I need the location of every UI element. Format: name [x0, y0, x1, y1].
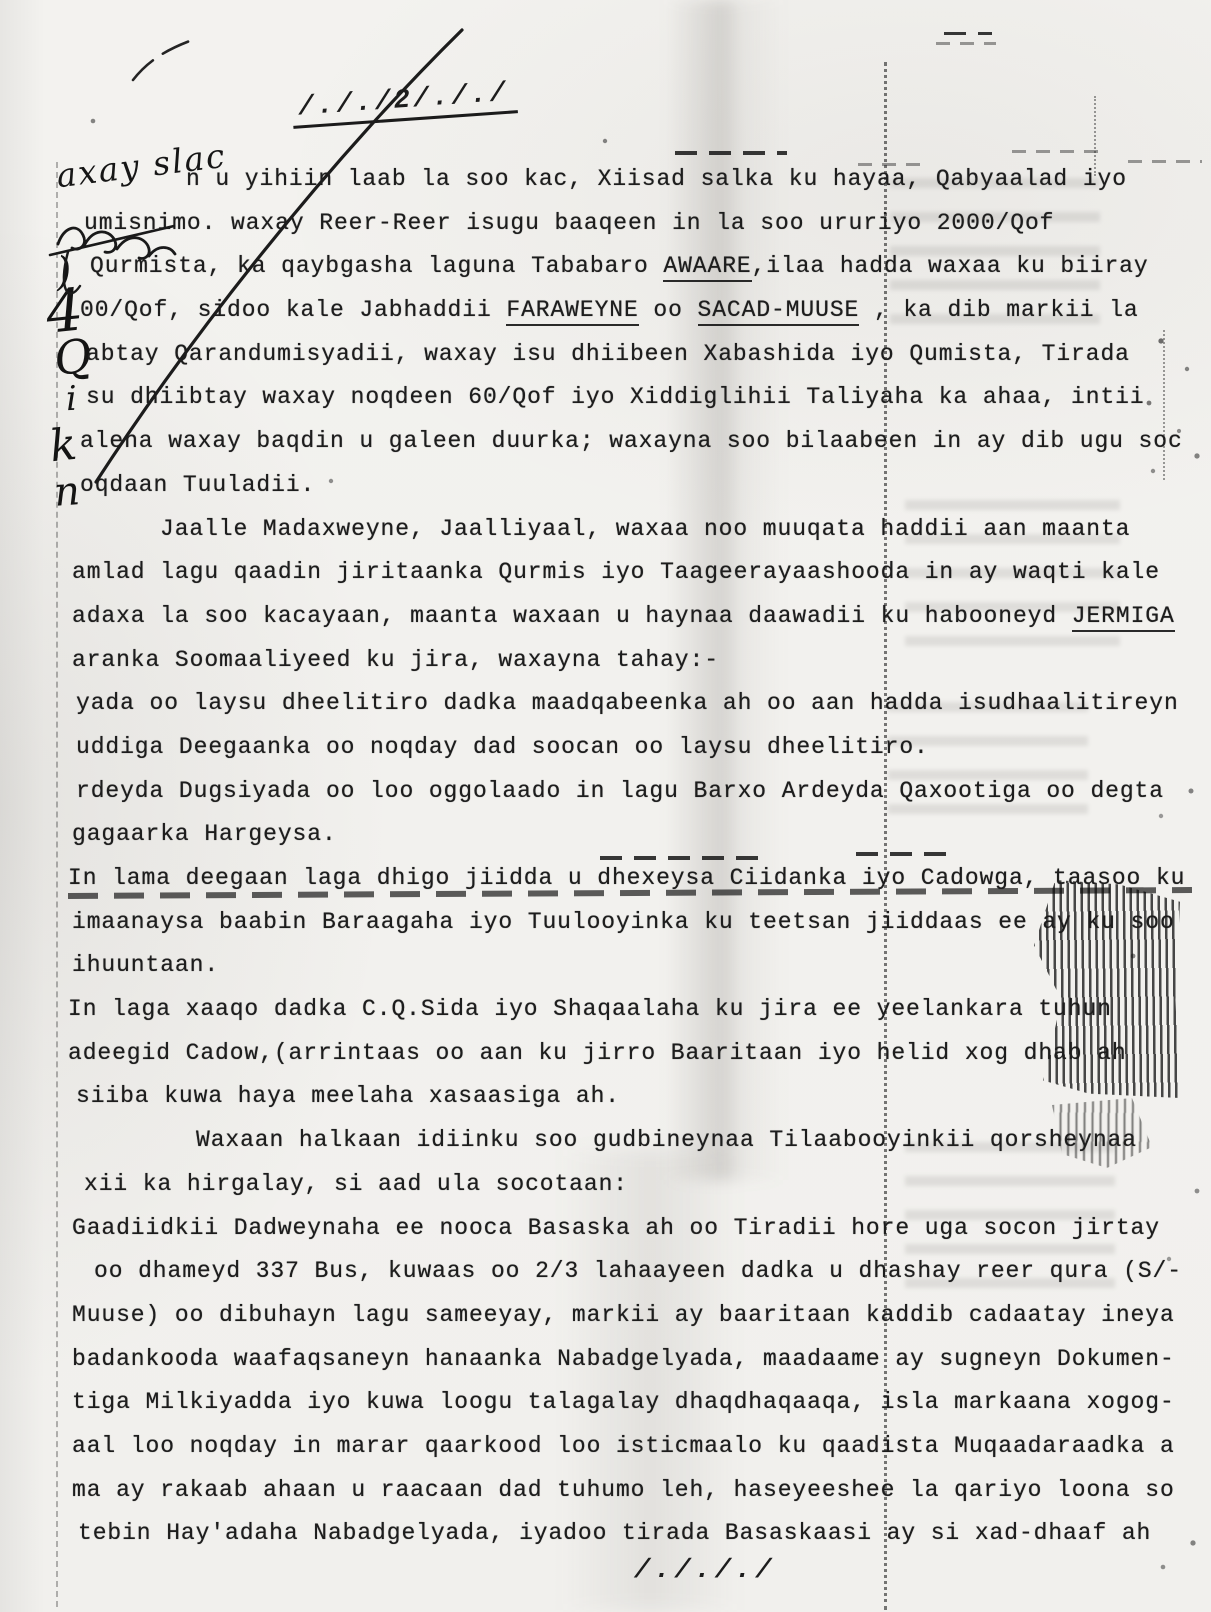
typewritten-line: Gaadiidkii Dadweynaha ee nooca Basaska a… [66, 1207, 1196, 1251]
scan-noise-speckles [0, 0, 2, 2]
typewritten-line: adeegid Cadow,(arrintaas oo aan ku jirro… [66, 1032, 1196, 1076]
typewritten-line: amlad lagu qaadin jiritaanka Qurmis iyo … [66, 551, 1196, 595]
text-segment: rdeyda Dugsiyada oo loo oggolaado in lag… [76, 778, 1164, 804]
text-segment: In lama deegaan laga dhigo jiidda u dhex… [68, 865, 1185, 891]
text-segment: alena waxay baqdin u galeen duurka; waxa… [80, 428, 1183, 454]
text-segment: tebin Hay'adaha Nabadgelyada, iyadoo tir… [78, 1520, 1151, 1546]
pen-tick [133, 38, 198, 80]
text-segment: ,ilaa hadda waxaa ku biiray [752, 253, 1149, 279]
typewritten-line: siiba kuwa haya meelaha xasaasiga ah. [66, 1075, 1196, 1119]
text-segment: su dhiibtay waxay noqdeen 60/Qof iyo Xid… [86, 384, 1145, 410]
text-segment: oqdaan Tuuladii. [80, 472, 315, 498]
typewritten-line: Jaalle Madaxweyne, Jaalliyaal, waxaa noo… [66, 508, 1196, 552]
text-segment: Jaalle Madaxweyne, Jaalliyaal, waxaa noo… [160, 516, 1130, 542]
text-segment: aal loo noqday in marar qaarkood loo ist… [72, 1433, 1175, 1459]
text-segment: In laga xaaqo dadka C.Q.Sida iyo Shaqaal… [68, 996, 1112, 1022]
text-segment: oo dhameyd 337 Bus, kuwaas oo 2/3 lahaay… [94, 1258, 1182, 1284]
typewritten-line: xii ka hirgalay, si aad ula socotaan: [66, 1163, 1196, 1207]
typewritten-body: n u yihiin laab la soo kac, Xiisad salka… [66, 158, 1196, 1556]
typewritten-line: uddiga Deegaanka oo noqday dad soocan oo… [66, 726, 1196, 770]
scanned-document-page: /././2/././ axay slac )4Qikn n u yihiin … [0, 0, 1211, 1612]
text-segment: Muuse) oo dibuhayn lagu sameeyay, markii… [72, 1302, 1175, 1328]
text-segment: ma ay rakaab ahaan u raacaan dad tuhumo … [72, 1477, 1175, 1503]
underlined-text: SACAD-MUUSE [698, 297, 860, 326]
typewritten-line: oqdaan Tuuladii. [66, 464, 1196, 508]
typewritten-line: yada oo laysu dheelitiro dadka maadqabee… [66, 682, 1196, 726]
text-segment: n u yihiin laab la soo kac, Xiisad salka… [186, 166, 1127, 192]
top-right-dashes [944, 32, 992, 35]
typewritten-line: badankooda waafaqsaneyn hanaanka Nabadge… [66, 1338, 1196, 1382]
typewritten-line: aranka Soomaaliyeed ku jira, waxayna tah… [66, 639, 1196, 683]
text-segment: aranka Soomaaliyeed ku jira, waxayna tah… [72, 647, 719, 673]
typewritten-line: gagaarka Hargeysa. [66, 813, 1196, 857]
typewritten-line: su dhiibtay waxay noqdeen 60/Qof iyo Xid… [66, 376, 1196, 420]
typewritten-line: Muuse) oo dibuhayn lagu sameeyay, markii… [66, 1294, 1196, 1338]
page-number-marker: /././2/././ [291, 78, 518, 129]
typewritten-line: umisnimo. waxay Reer-Reer isugu baaqeen … [66, 202, 1196, 246]
typewritten-line: aal loo noqday in marar qaarkood loo ist… [66, 1425, 1196, 1469]
typewritten-line: 00/Qof, sidoo kale Jabhaddii FARAWEYNE o… [66, 289, 1196, 333]
text-segment: badankooda waafaqsaneyn hanaanka Nabadge… [72, 1346, 1175, 1372]
text-segment: imaanaysa baabin Baraagaha iyo Tuulooyin… [72, 909, 1175, 935]
text-segment: siiba kuwa haya meelaha xasaasiga ah. [76, 1083, 620, 1109]
typewritten-line: Qurmista, ka qaybgasha laguna Tababaro A… [66, 245, 1196, 289]
typewritten-line: In laga xaaqo dadka C.Q.Sida iyo Shaqaal… [66, 988, 1196, 1032]
text-segment: adaxa la soo kacayaan, maanta waxaan u h… [72, 603, 1072, 629]
typewritten-line: tiga Milkiyadda iyo kuwa loogu talagalay… [66, 1381, 1196, 1425]
typewritten-line: adaxa la soo kacayaan, maanta waxaan u h… [66, 595, 1196, 639]
text-segment: gagaarka Hargeysa. [72, 821, 337, 847]
text-segment: uddiga Deegaanka oo noqday dad soocan oo… [76, 734, 929, 760]
typewritten-line: tebin Hay'adaha Nabadgelyada, iyadoo tir… [66, 1512, 1196, 1556]
overstrike-dashes [675, 151, 787, 155]
underlined-text: AWAARE [663, 253, 751, 282]
underlined-text: JERMIGA [1072, 603, 1175, 632]
typewritten-line: In lama deegaan laga dhigo jiidda u dhex… [66, 857, 1196, 901]
typewritten-line: Waxaan halkaan idiinku soo gudbineynaa T… [66, 1119, 1196, 1163]
text-segment: Qurmista, ka qaybgasha laguna Tababaro [90, 253, 663, 279]
typewritten-line: n u yihiin laab la soo kac, Xiisad salka… [66, 158, 1196, 202]
text-segment: amlad lagu qaadin jiritaanka Qurmis iyo … [72, 559, 1160, 585]
text-segment: oo [639, 297, 698, 323]
text-segment: umisnimo. waxay Reer-Reer isugu baaqeen … [84, 210, 1054, 236]
text-segment: abtay Qarandumisyadii, waxay isu dhiibee… [86, 341, 1130, 367]
text-segment: Waxaan halkaan idiinku soo gudbineynaa T… [196, 1127, 1137, 1153]
underlined-text: FARAWEYNE [506, 297, 638, 326]
typewritten-line: alena waxay baqdin u galeen duurka; waxa… [66, 420, 1196, 464]
overstrike-dashes [1012, 150, 1098, 153]
typewritten-line: imaanaysa baabin Baraagaha iyo Tuulooyin… [66, 901, 1196, 945]
text-segment: xii ka hirgalay, si aad ula socotaan: [84, 1171, 628, 1197]
text-segment: tiga Milkiyadda iyo kuwa loogu talagalay… [72, 1389, 1175, 1415]
typewritten-line: ma ay rakaab ahaan u raacaan dad tuhumo … [66, 1469, 1196, 1513]
typewritten-line: ihuuntaan. [66, 944, 1196, 988]
typewritten-line: rdeyda Dugsiyada oo loo oggolaado in lag… [66, 770, 1196, 814]
typewritten-line: oo dhameyd 337 Bus, kuwaas oo 2/3 lahaay… [66, 1250, 1196, 1294]
top-right-dashes [936, 42, 996, 45]
text-segment: Gaadiidkii Dadweynaha ee nooca Basaska a… [72, 1215, 1160, 1241]
text-segment: 00/Qof, sidoo kale Jabhaddii [80, 297, 506, 323]
text-segment: adeegid Cadow,(arrintaas oo aan ku jirro… [68, 1040, 1127, 1066]
text-segment: ihuuntaan. [72, 952, 219, 978]
text-segment: , ka dib markii la [859, 297, 1138, 323]
text-segment: yada oo laysu dheelitiro dadka maadqabee… [76, 690, 1179, 716]
footer-marker: /./././ [634, 1556, 775, 1586]
typewritten-line: abtay Qarandumisyadii, waxay isu dhiibee… [66, 333, 1196, 377]
